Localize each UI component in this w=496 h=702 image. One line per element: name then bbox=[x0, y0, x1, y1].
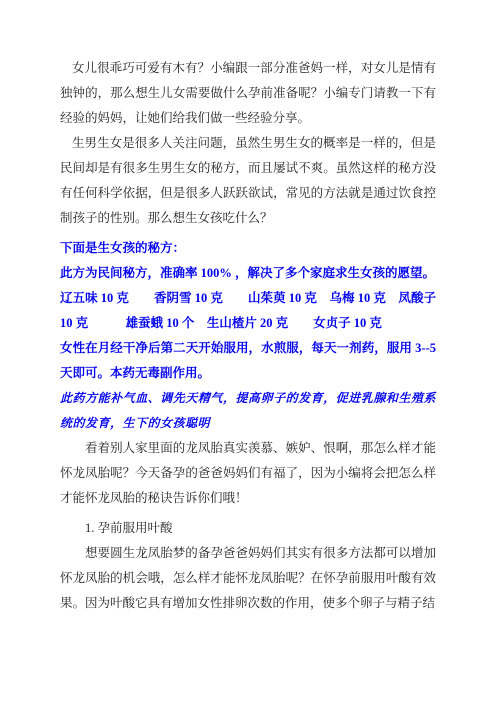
intro-paragraph: 女儿很乖巧可爱有木有？小编跟一部分准爸妈一样，对女儿是情有独钟的，那么想生儿女需… bbox=[60, 56, 436, 131]
tip-heading-folic-acid: 1. 孕前服用叶酸 bbox=[60, 516, 436, 541]
twins-intro-paragraph: 看着别人家里面的龙凤胎真实羡慕、嫉妒、恨啊，那怎么样才能怀龙凤胎呢？今天备孕的爸… bbox=[60, 436, 436, 511]
document-page: 女儿很乖巧可爱有木有？小编跟一部分准爸妈一样，对女儿是情有独钟的，那么想生儿女需… bbox=[0, 0, 496, 702]
background-paragraph: 生男生女是很多人关注问题，虽然生男生女的概率是一样的，但是民间却是有很多生男生女… bbox=[60, 131, 436, 231]
recipe-claim: 此方为民间秘方，准确率 100% ，解决了多个家庭求生女孩的愿望。 bbox=[60, 261, 436, 286]
tip-body-folic-acid: 想要圆生龙凤胎梦的备孕爸爸妈妈们其实有很多方法都可以增加怀龙凤胎的机会哦，怎么样… bbox=[60, 541, 436, 616]
recipe-heading: 下面是生女孩的秘方： bbox=[60, 236, 436, 261]
recipe-effect-note: 此药方能补气血、调先天精气，提高卵子的发育，促进乳腺和生殖系统的发育，生下的女孩… bbox=[60, 386, 436, 436]
recipe-usage: 女性在月经干净后第二天开始服用，水煎服，每天一剂药，服用 3--5 天即可。本药… bbox=[60, 336, 436, 386]
recipe-ingredients: 辽五味 10 克 香阴雪 10 克 山茱萸 10 克 乌梅 10 克 凤酸子 1… bbox=[60, 286, 436, 336]
